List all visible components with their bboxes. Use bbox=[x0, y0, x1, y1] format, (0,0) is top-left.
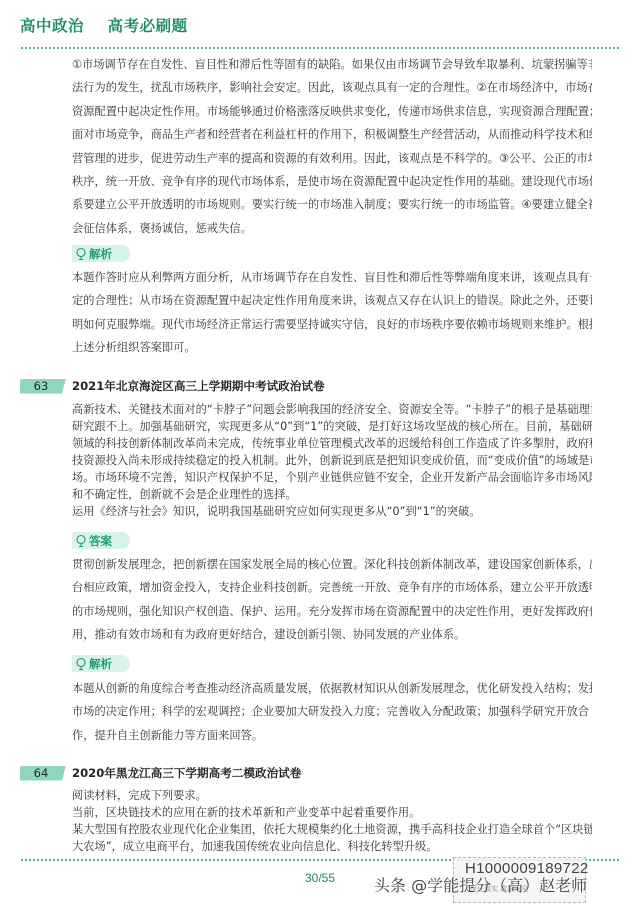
text-line: 营管理的进步，促进劳动生产率的提高和资源的有效利用。因此，该观点是不科学的。③公… bbox=[72, 147, 592, 170]
text-line: 资源配置中起决定性作用。市场能够通过价格涨落反映供求变化，传递市场供求信息，实现… bbox=[72, 100, 592, 123]
text-line: 某大型国有控股农业现代化企业集团，依托大规模集约化土地资源，携手高科技企业打造全… bbox=[72, 821, 592, 838]
answer-label: 答案 bbox=[89, 533, 112, 549]
lightbulb-icon bbox=[75, 657, 87, 671]
text-line: 明如何克服弊端。现代市场经济正常运行需要坚持诚实守信，良好的市场秩序要依赖市场规… bbox=[72, 313, 592, 336]
text-line: 高新技术、关键技术面对的“卡脖子”问题会影响我国的经济安全、资源安全等。“卡脖子… bbox=[72, 401, 592, 418]
text-line: 的市场规则，强化知识产权创造、保护、运用。充分发挥市场在资源配置中的决定性作用，… bbox=[72, 600, 592, 623]
text-line: 当前，区块链技术的应用在新的技术革新和产业变革中起着重要作用。 bbox=[72, 804, 592, 821]
text-line: 作，提升自主创新能力等方面来回答。 bbox=[72, 724, 592, 747]
text-line: 市场的决定作用；科学的宏观调控；企业要加大研发投入力度；完善收入分配政策；加强科… bbox=[72, 700, 592, 723]
question-63-header: 63 2021年北京海淀区高三上学期期中考试政治试卷 bbox=[20, 377, 325, 395]
text-line: 领域的科技创新体制改革尚未完成，传统事业单位管理模式改革的迟缓给科创工作造成了许… bbox=[72, 435, 592, 452]
page-header: 高中政治 高考必刷题 bbox=[20, 14, 188, 38]
question-64-text: 阅读材料，完成下列要求。 当前，区块链技术的应用在新的技术革新和产业变革中起着重… bbox=[72, 787, 592, 855]
text-line: 贯彻创新发展理念，把创新摆在国家发展全局的核心位置。深化科技创新体制改革，建设国… bbox=[72, 553, 592, 576]
analysis-text: 本题作答时应从利弊两方面分析，从市场调节存在自发性、盲目性和滞后性等弊端角度来讲… bbox=[72, 266, 592, 360]
text-line: 台相应政策，增加资金投入，支持企业科技创新。完善统一开放、竞争有序的市场体系，建… bbox=[72, 576, 592, 599]
text-line: 定的合理性；从市场在资源配置中起决定性作用角度来讲，该观点又存在认识上的错误。除… bbox=[72, 289, 592, 312]
question-64-header: 64 2020年黑龙江高三下学期高考二模政治试卷 bbox=[20, 764, 301, 782]
question-title: 2020年黑龙江高三下学期高考二模政治试卷 bbox=[72, 765, 301, 781]
text-line: 系要建立公平开放透明的市场规则。要实行统一的市场准入制度；要实行统一的市场监管。… bbox=[72, 193, 592, 216]
text-line: ①市场调节存在自发性、盲目性和滞后性等固有的缺陷。如果仅由市场调节会导致牟取暴利… bbox=[72, 53, 592, 76]
analysis-tag: 解析 bbox=[72, 655, 130, 672]
header-divider bbox=[20, 47, 620, 49]
question-title: 2021年北京海淀区高三上学期期中考试政治试卷 bbox=[72, 378, 325, 394]
analysis-tag: 解析 bbox=[72, 245, 130, 262]
text-line: 大农场”，成立电商平台，加速我国传统农业向信息化、科技化转型升级。 bbox=[72, 838, 592, 855]
header-title: 高中政治 高考必刷题 bbox=[20, 17, 188, 35]
text-line: 面对市场竞争，商品生产者和经营者在利益杠杆的作用下，积极调整生产经营活动，从而推… bbox=[72, 123, 592, 146]
answer-text: 贯彻创新发展理念，把创新摆在国家发展全局的核心位置。深化科技创新体制改革，建设国… bbox=[72, 553, 592, 647]
text-line: 上述分析组织答案即可。 bbox=[72, 336, 592, 359]
continued-answer: ①市场调节存在自发性、盲目性和滞后性等固有的缺陷。如果仅由市场调节会导致牟取暴利… bbox=[72, 53, 592, 240]
lightbulb-icon bbox=[75, 534, 87, 548]
text-line: 阅读材料，完成下列要求。 bbox=[72, 787, 592, 804]
text-line: 本题作答时应从利弊两方面分析，从市场调节存在自发性、盲目性和滞后性等弊端角度来讲… bbox=[72, 266, 592, 289]
text-line: 运用《经济与社会》知识，说明我国基础研究应如何实现更多从“0”到“1”的突破。 bbox=[72, 503, 592, 520]
text-line: 用，推动有效市场和有为政府更好结合，建设创新引领、协同发展的产业体系。 bbox=[72, 623, 592, 646]
text-line: 和不确定性，创新就不会是企业理性的选择。 bbox=[72, 486, 592, 503]
lightbulb-icon bbox=[75, 247, 87, 261]
watermark-credit: 头条 @学能提分（高）赵老师 bbox=[374, 873, 587, 896]
text-line: 会征信体系，褒扬诚信，惩戒失信。 bbox=[72, 217, 592, 240]
analysis-text: 本题从创新的角度综合考查推动经济高质量发展，依据教材知识从创新发展理念，优化研发… bbox=[72, 677, 592, 747]
text-line: 秩序，统一开放、竞争有序的现代市场体系，是使市场在资源配置中起决定性作用的基础。… bbox=[72, 170, 592, 193]
text-line: 场。市场环境不完善，知识产权保护不足，个别产业链供应链不安全，企业开发新产品会面… bbox=[72, 469, 592, 486]
question-63-text: 高新技术、关键技术面对的“卡脖子”问题会影响我国的经济安全、资源安全等。“卡脖子… bbox=[72, 401, 592, 520]
text-line: 法行为的发生，扰乱市场秩序，影响社会安定。因此，该观点具有一定的合理性。②在市场… bbox=[72, 76, 592, 99]
text-line: 研究跟不上。加强基础研究，实现更多从“0”到“1”的突破，是打好这场攻坚战的核心… bbox=[72, 418, 592, 435]
analysis-label: 解析 bbox=[89, 246, 112, 262]
question-number-badge: 63 bbox=[20, 379, 66, 394]
text-line: 技资源投入尚未形成持续稳定的投入机制。此外，创新说到底是把知识变成价值，而“变成… bbox=[72, 452, 592, 469]
answer-tag: 答案 bbox=[72, 532, 130, 549]
analysis-label: 解析 bbox=[89, 656, 112, 672]
text-line: 本题从创新的角度综合考查推动经济高质量发展，依据教材知识从创新发展理念，优化研发… bbox=[72, 677, 592, 700]
question-number-badge: 64 bbox=[20, 766, 66, 781]
